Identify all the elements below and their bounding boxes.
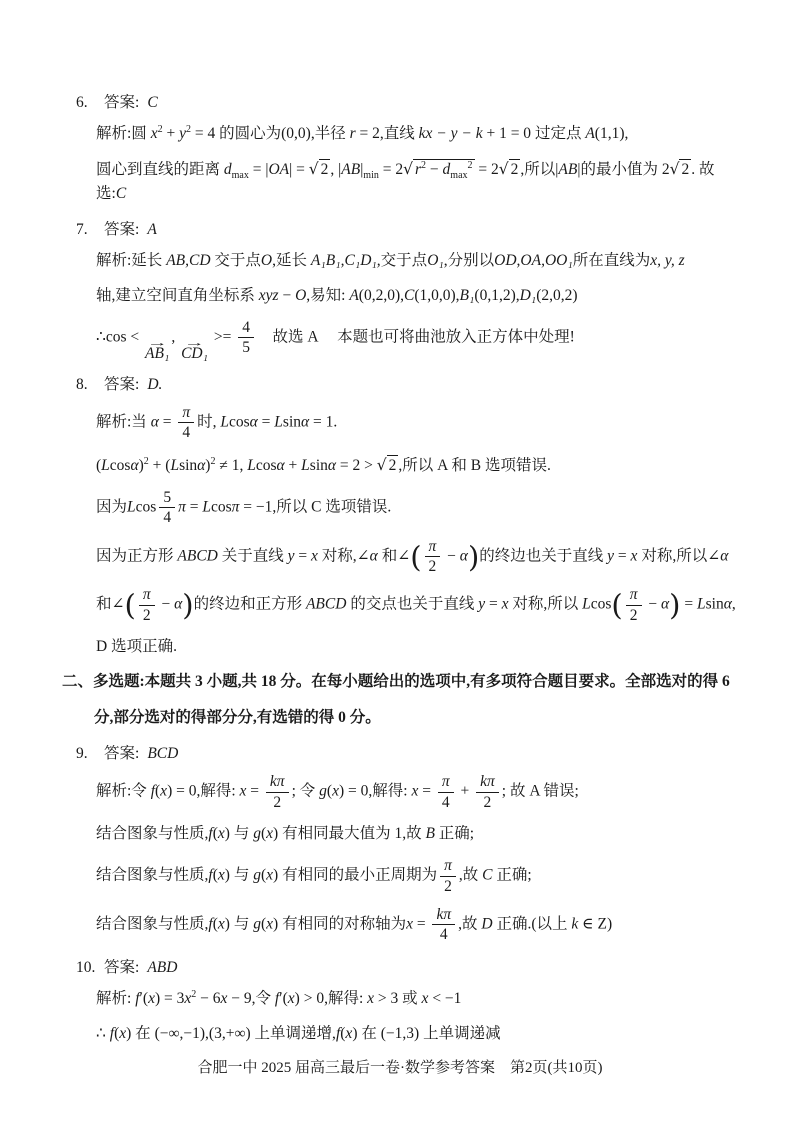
answer-value: BCD	[147, 745, 178, 762]
math-run: ∠	[357, 547, 370, 564]
question-number: 9.	[76, 745, 104, 763]
math-run: (2,0,2)	[536, 287, 577, 304]
text-run: 解析:令	[96, 783, 151, 800]
math-run: )	[352, 1025, 361, 1042]
question-number: 7.	[76, 221, 104, 239]
math-run: =	[418, 783, 435, 800]
math-variable: B₁	[460, 287, 475, 304]
numerator: π	[440, 857, 456, 876]
solution-line: 因为正方形 ABCD 关于直线 y = x 对称,∠α 和∠(π2 − α)的终…	[96, 538, 744, 576]
math-variable: π	[178, 498, 186, 515]
superscript: 2	[468, 160, 473, 171]
math-run: = 2	[356, 125, 380, 142]
math-run: 2	[511, 161, 519, 178]
text-run: ,	[625, 125, 629, 142]
math-variable: x	[218, 825, 225, 842]
section-line: 二、多选题:本题共 3 小题,共 18 分。在每小题给出的选项中,有多项符合题目…	[62, 670, 744, 693]
solution-line: D 选项正确.	[96, 635, 744, 659]
math-variable: x	[148, 990, 155, 1007]
math-variable: L	[697, 596, 706, 613]
text-run: 解析:圆	[96, 125, 151, 142]
question-block: 7.答案:A解析:延长 AB,CD 交于点O,延长 A₁B₁,C₁D₁,交于点O…	[62, 217, 744, 361]
math-run: −	[443, 547, 460, 564]
answer-value: ABD	[147, 959, 177, 976]
math-run: −	[158, 596, 175, 613]
math-variable: A	[585, 125, 594, 142]
math-variable: α	[151, 413, 159, 430]
text-run: ,故	[458, 915, 481, 932]
answer-row: 8.答案:D.	[76, 372, 744, 394]
math-variable: OD,OA,OO₁	[494, 252, 573, 269]
fraction: kπ4	[432, 906, 455, 944]
numerator: kπ	[266, 773, 289, 792]
content: 6.答案:C解析:圆 x2 + y2 = 4 的圆心为(0,0),半径 r = …	[62, 90, 744, 1046]
math-run: (1,0,0),	[414, 287, 459, 304]
math-run: ∈ Z	[578, 915, 607, 932]
math-variable: π	[429, 538, 437, 555]
numerator: π	[626, 586, 642, 605]
math-run: 4	[163, 509, 171, 526]
math-variable: x	[367, 990, 374, 1007]
text-run: 正确;	[435, 825, 474, 842]
close-paren: )	[468, 539, 479, 573]
math-run: = 2	[379, 161, 403, 178]
close-paren: )	[182, 588, 193, 622]
solution-line: 因为Lcos54π = Lcosπ = −1,所以 C 选项错误.	[96, 489, 744, 527]
math-run: =	[485, 596, 502, 613]
math-run: +	[457, 783, 474, 800]
math-run: 4	[182, 424, 190, 441]
math-run: ∠	[707, 547, 720, 564]
numerator: 4	[238, 319, 254, 338]
text-run: 与	[230, 915, 253, 932]
math-run: 5	[242, 339, 250, 356]
math-run: = 2	[475, 161, 499, 178]
math-run: 2	[630, 607, 638, 624]
math-variable: L	[202, 498, 211, 515]
math-variable: L	[274, 413, 283, 430]
math-run: =	[413, 915, 430, 932]
math-run: cos	[256, 457, 277, 474]
math-variable: x	[266, 915, 273, 932]
question-block: 8.答案:D.解析:当 α = π4时, Lcosα = Lsinα = 1.(…	[62, 372, 744, 659]
vector: →CD₁	[181, 340, 208, 362]
text-run: 交于点	[211, 252, 261, 269]
text-run: 轴,建立空间直角坐标系	[96, 287, 259, 304]
text-run: 的交点也关于直线	[346, 596, 478, 613]
math-run: D.	[147, 376, 162, 393]
answer-label: 答案:	[104, 745, 139, 762]
math-variable: x	[151, 125, 158, 142]
text-run: 在	[361, 1025, 380, 1042]
math-variable: A	[147, 221, 156, 238]
math-run: cos	[211, 498, 232, 515]
math-run: cos	[136, 498, 157, 515]
fraction: 45	[238, 319, 254, 357]
math-run: = 2 >	[336, 457, 377, 474]
math-variable: x	[332, 783, 339, 800]
math-variable: D₁	[520, 287, 537, 304]
math-run: = 4	[191, 125, 219, 142]
subscript: max	[450, 170, 467, 181]
math-variable: x	[266, 825, 273, 842]
text-run: ,易知:	[306, 287, 349, 304]
question-block: 10.答案:ABD解析: f′(x) = 3x2 − 6x − 9,令 f′(x…	[62, 955, 744, 1046]
numerator: π	[438, 773, 454, 792]
math-variable: L	[220, 413, 229, 430]
math-variable: α	[661, 596, 669, 613]
math-variable: BCD	[147, 745, 178, 762]
text-run: 关于直线	[218, 547, 288, 564]
math-variable: x	[218, 867, 225, 884]
math-run: 4	[442, 794, 450, 811]
math-run: = |	[249, 161, 269, 178]
math-variable: ABCD	[306, 596, 346, 613]
close-paren: )	[669, 588, 680, 622]
math-run: ′(	[279, 990, 288, 1007]
math-run: 2	[662, 161, 670, 178]
math-run: =	[614, 547, 631, 564]
math-run: )	[126, 1025, 135, 1042]
text-run: 令	[300, 783, 319, 800]
text-run: 结合图象与性质,	[96, 825, 208, 842]
question-number: 6.	[76, 94, 104, 112]
radicand: 2	[509, 159, 521, 179]
radicand: r2 − dmax2	[413, 159, 475, 179]
answer-row: 10.答案:ABD	[76, 955, 744, 977]
numerator: 5	[159, 489, 175, 508]
section-header: 二、多选题:本题共 3 小题,共 18 分。在每小题给出的选项中,有多项符合题目…	[62, 670, 744, 730]
math-variable: A	[349, 287, 358, 304]
solution-line: (Lcosα)2 + (Lsinα)2 ≠ 1, Lcosα + Lsinα =…	[96, 453, 744, 478]
math-variable: C	[404, 287, 414, 304]
math-run: ∴cos <	[96, 329, 143, 346]
solution-line: 结合图象与性质,f(x) 与 g(x) 有相同的对称轴为x = kπ4,故 D …	[96, 906, 744, 944]
denominator: 4	[178, 423, 194, 441]
square-root: √r2 − dmax2	[403, 161, 474, 178]
text-run: 结合图象与性质,	[96, 915, 208, 932]
math-variable: L	[127, 498, 136, 515]
text-run: ,直线	[380, 125, 419, 142]
section-line: 分,部分选对的得部分分,有选错的得 0 分。	[94, 706, 744, 729]
math-run: ′(	[140, 990, 149, 1007]
text-run: ,	[330, 161, 338, 178]
fraction: π2	[626, 586, 642, 624]
fraction: kπ2	[476, 773, 499, 811]
question-number: 8.	[76, 376, 104, 394]
text-run: 解得:	[200, 783, 239, 800]
denominator: 2	[139, 606, 155, 624]
math-variable: OA	[268, 161, 289, 178]
math-run: >=	[210, 329, 235, 346]
math-variable: α	[370, 547, 378, 564]
math-variable: g	[319, 783, 327, 800]
math-variable: L	[101, 457, 110, 474]
text-run: 时,	[197, 413, 220, 430]
math-variable: π	[444, 857, 452, 874]
solution-line: 圆心到直线的距离 dmax = |OA| = √2, |AB|min = 2√r…	[96, 157, 744, 206]
denominator: 2	[480, 793, 496, 811]
math-run: ) = 3	[155, 990, 184, 1007]
text-run: ,故	[459, 867, 482, 884]
text-run: 的圆心为	[219, 125, 281, 142]
math-variable: xyz	[259, 287, 279, 304]
answer-row: 9.答案:BCD	[76, 741, 744, 763]
text-run: 解析:当	[96, 413, 151, 430]
text-run: 故 A 错误;	[506, 783, 579, 800]
text-run: 所在直线为	[573, 252, 651, 269]
math-run: sin	[283, 413, 301, 430]
answer-label: 答案:	[104, 221, 139, 238]
radical-icon: √	[670, 160, 680, 178]
math-variable: π	[143, 586, 151, 603]
math-run: 2	[321, 161, 329, 178]
square-root: √2	[377, 457, 399, 474]
math-run: ∠	[112, 596, 125, 613]
math-variable: kπ	[480, 773, 495, 790]
math-run: ) > 0	[295, 990, 324, 1007]
math-run: sin	[179, 457, 197, 474]
vector-arrow-icon: →	[184, 340, 205, 346]
math-variable: α	[720, 547, 728, 564]
denominator: 2	[440, 877, 456, 895]
answer-value: C	[147, 94, 157, 111]
subscript: min	[363, 170, 379, 181]
math-run: 2	[429, 558, 437, 575]
solution-line: 轴,建立空间直角坐标系 xyz − O,易知: A(0,2,0),C(1,0,0…	[96, 284, 744, 308]
text-run: 或	[402, 990, 421, 1007]
math-variable: ABCD	[177, 547, 217, 564]
text-run: 有相同的最小正周期为	[278, 867, 437, 884]
question-block: 6.答案:C解析:圆 x2 + y2 = 4 的圆心为(0,0),半径 r = …	[62, 90, 744, 206]
math-run: sin	[706, 596, 724, 613]
solution-line: 解析: f′(x) = 3x2 − 6x − 9,令 f′(x) > 0,解得:…	[96, 987, 744, 1011]
text-run: 解析:延长	[96, 252, 166, 269]
math-variable: x	[288, 990, 295, 1007]
page-footer: 合肥一中 2025 届高三最后一卷·数学参考答案 第2页(共10页)	[0, 1056, 800, 1077]
vector: →AB₁	[145, 340, 169, 362]
math-run: (−∞,−1),(3,+∞)	[155, 1025, 255, 1042]
math-run: 2	[681, 161, 689, 178]
fraction: 54	[159, 489, 175, 527]
math-variable: α	[460, 547, 468, 564]
text-run: 圆心到直线的距离	[96, 161, 224, 178]
math-variable: α	[277, 457, 285, 474]
solution-line: ∴ f(x) 在 (−∞,−1),(3,+∞) 上单调递增,f(x) 在 (−1…	[96, 1022, 744, 1046]
math-run: 2	[484, 794, 492, 811]
math-variable: x	[311, 547, 318, 564]
math-variable: O₁	[427, 252, 444, 269]
math-variable: α	[130, 457, 138, 474]
text-run: ,延长	[272, 252, 311, 269]
math-run: +	[285, 457, 302, 474]
text-run: )	[607, 915, 612, 932]
question-block: 9.答案:BCD解析:令 f(x) = 0,解得: x = kπ2; 令 g(x…	[62, 741, 744, 943]
square-root: √2	[499, 161, 521, 178]
math-run: =	[258, 413, 275, 430]
math-variable: AB,CD	[166, 252, 210, 269]
math-run: (−1,3)	[381, 1025, 423, 1042]
subscript: max	[232, 170, 249, 181]
math-run: ;	[292, 783, 300, 800]
fraction: π2	[139, 586, 155, 624]
text-run: 正确.(以上	[493, 915, 572, 932]
text-run: 因为正方形	[96, 547, 177, 564]
text-run: ,解得:	[324, 990, 367, 1007]
math-variable: x, y, z	[650, 252, 684, 269]
math-run: =	[295, 547, 312, 564]
math-run: =	[246, 783, 263, 800]
open-paren: (	[611, 588, 622, 622]
text-run: ,	[732, 596, 736, 613]
text-run: 在	[135, 1025, 154, 1042]
text-run: 与	[230, 825, 253, 842]
math-variable: y	[288, 547, 295, 564]
math-run: −	[426, 161, 443, 178]
answer-label: 答案:	[104, 376, 139, 393]
text-run: 对称,	[318, 547, 357, 564]
solution-line: 解析:圆 x2 + y2 = 4 的圆心为(0,0),半径 r = 2,直线 k…	[96, 122, 744, 146]
math-run: =	[680, 596, 697, 613]
math-run: cos	[110, 457, 131, 474]
math-variable: D	[481, 915, 492, 932]
answer-sheet-page: 6.答案:C解析:圆 x2 + y2 = 4 的圆心为(0,0),半径 r = …	[0, 0, 800, 1131]
text-run: 上单调递增,	[255, 1025, 336, 1042]
math-run: ) = 0,	[339, 783, 372, 800]
fraction: π4	[178, 404, 194, 442]
math-run: 2	[389, 457, 397, 474]
math-run: cos	[229, 413, 250, 430]
denominator: 4	[436, 925, 452, 943]
fraction: π4	[438, 773, 454, 811]
math-run: ∠	[397, 547, 410, 564]
fraction: π2	[440, 857, 456, 895]
vector-arrow-icon: →	[147, 340, 168, 346]
answer-label: 答案:	[104, 959, 139, 976]
math-variable: A₁B₁,C₁D₁,	[311, 252, 381, 269]
text-run: 过定点	[535, 125, 585, 142]
numerator: kπ	[476, 773, 499, 792]
math-run: = −1	[239, 498, 272, 515]
numerator: π	[178, 404, 194, 423]
math-run: ≠ 1,	[215, 457, 247, 474]
math-variable: g	[253, 825, 261, 842]
text-run: ,所以	[520, 161, 555, 178]
math-run: (0,0)	[281, 125, 311, 142]
math-run: 2	[444, 878, 452, 895]
text-run: 正确;	[492, 867, 531, 884]
math-variable: x	[218, 915, 225, 932]
math-run: 4	[242, 319, 250, 336]
answer-row: 7.答案:A	[76, 217, 744, 239]
math-variable: y	[607, 547, 614, 564]
solution-line: 结合图象与性质,f(x) 与 g(x) 有相同的最小正周期为π2,故 C 正确;	[96, 857, 744, 895]
text-run: 与	[230, 867, 253, 884]
denominator: 2	[626, 606, 642, 624]
solution-line: 解析:令 f(x) = 0,解得: x = kπ2; 令 g(x) = 0,解得…	[96, 773, 744, 811]
math-run: −	[645, 596, 662, 613]
text-run: ,分别以	[444, 252, 494, 269]
solution-line: 和∠(π2 − α)的终边和正方形 ABCD 的交点也关于直线 y = x 对称…	[96, 586, 744, 624]
text-run: 结合图象与性质,	[96, 867, 208, 884]
math-variable: x	[266, 867, 273, 884]
math-variable: L	[582, 596, 591, 613]
text-run: 有相同的对称轴为	[278, 915, 406, 932]
math-variable: O	[261, 252, 272, 269]
radical-icon: √	[377, 456, 387, 474]
text-run: 的最小值为	[580, 161, 661, 178]
text-run: 的终边也关于直线	[479, 547, 607, 564]
math-variable: B	[425, 825, 434, 842]
denominator: 5	[238, 338, 254, 356]
math-variable: π	[630, 586, 638, 603]
open-paren: (	[410, 539, 421, 573]
math-variable: C	[116, 185, 126, 202]
numerator: π	[139, 586, 155, 605]
math-variable: α	[250, 413, 258, 430]
math-run: = 1.	[309, 413, 337, 430]
math-variable: α	[301, 413, 309, 430]
math-run: | =	[289, 161, 309, 178]
math-run: + (	[149, 457, 171, 474]
math-run: 2	[143, 607, 151, 624]
text-run: 故选 A 本题也可将曲池放入正方体中处理!	[257, 329, 575, 346]
text-run: 有相同最大值为 1,故	[278, 825, 425, 842]
text-run: ,半径	[311, 125, 350, 142]
numerator: π	[425, 538, 441, 557]
text-run: 解得:	[372, 783, 411, 800]
solution-line: ∴cos < →AB₁, →CD₁ >= 45 故选 A 本题也可将曲池放入正方…	[96, 319, 744, 361]
math-run: (0,1,2),	[474, 287, 519, 304]
text-run: 交于点	[381, 252, 428, 269]
denominator: 4	[438, 793, 454, 811]
text-run: 和	[378, 547, 397, 564]
numerator: kπ	[432, 906, 455, 925]
square-root: √2	[309, 161, 331, 178]
text-run: D 选项正确.	[96, 638, 177, 655]
math-variable: L	[247, 457, 256, 474]
math-run: 2	[273, 794, 281, 811]
solution-line: 解析:延长 AB,CD 交于点O,延长 A₁B₁,C₁D₁,交于点O₁,分别以O…	[96, 249, 744, 273]
question-number: 10.	[76, 959, 104, 977]
math-run: < −1	[428, 990, 461, 1007]
math-run: (1,1)	[595, 125, 625, 142]
math-variable: π	[182, 404, 190, 421]
math-variable: g	[253, 915, 261, 932]
answer-row: 6.答案:C	[76, 90, 744, 112]
math-run: − 9	[227, 990, 251, 1007]
math-variable: α	[724, 596, 732, 613]
math-run: ,	[171, 329, 179, 346]
denominator: 2	[425, 557, 441, 575]
math-run: ∴	[96, 1025, 110, 1042]
math-variable: x	[406, 915, 413, 932]
math-variable: L	[170, 457, 179, 474]
radicand: 2	[387, 455, 399, 475]
math-variable: L	[301, 457, 310, 474]
math-run: (0,2,0),	[359, 287, 404, 304]
math-run: =	[159, 413, 176, 430]
answer-label: 答案:	[104, 94, 139, 111]
radical-icon: √	[403, 160, 413, 178]
solution-line: 结合图象与性质,f(x) 与 g(x) 有相同最大值为 1,故 B 正确;	[96, 822, 744, 846]
radicand: 2	[679, 159, 691, 179]
math-variable: C	[147, 94, 157, 111]
square-root: √2	[670, 161, 692, 178]
answer-value: D.	[147, 376, 162, 393]
math-variable: ABD	[147, 959, 177, 976]
math-run: 4	[440, 926, 448, 943]
